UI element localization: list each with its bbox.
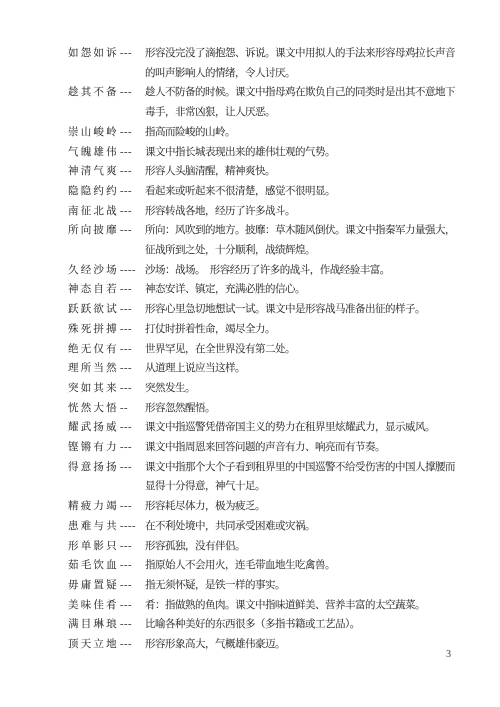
vocab-definition: 形容心里急切地想试一试。课文中是形容战马准备出征的样子。 <box>145 300 457 320</box>
vocab-entry: 精疲力竭 --- 形容耗尽体力，极为疲乏。 <box>68 497 457 517</box>
vocab-entry: 绝无仅有 --- 世界罕见，在全世界没有第二处。 <box>68 340 457 360</box>
vocab-entry: 趁其不备 --- 趁人不防备的时候。课文中指母鸡在欺负自己的同类时是出其不意地下… <box>68 83 457 122</box>
separator-dashes: -- <box>118 399 145 419</box>
vocab-term: 得意扬扬 <box>68 458 118 478</box>
vocab-term: 神态自若 <box>68 280 118 300</box>
vocab-definition: 在不利处境中，共同承受困难或灾祸。 <box>145 517 457 537</box>
separator-dashes: --- <box>118 556 145 576</box>
vocab-entry: 突如其来 --- 突然发生。 <box>68 379 457 399</box>
vocab-entry: 殊死拼搏 --- 打仗时拼着性命，竭尽全力。 <box>68 320 457 340</box>
separator-dashes: --- <box>118 44 145 64</box>
vocab-entry: 铿锵有力 --- 课文中指周恩来回答问题的声音有力、响亮而有节奏。 <box>68 438 457 458</box>
vocab-term: 恍然大悟 <box>68 399 118 419</box>
vocab-definition: 打仗时拼着性命，竭尽全力。 <box>145 320 457 340</box>
vocab-definition: 指高而险峻的山岭。 <box>145 123 457 143</box>
vocab-term: 气魄雄伟 <box>68 143 118 163</box>
vocab-term: 突如其来 <box>68 379 118 399</box>
separator-dashes: --- <box>118 379 145 399</box>
vocab-definition: 形容孤独，没有伴侣。 <box>145 537 457 557</box>
vocab-term: 殊死拼搏 <box>68 320 118 340</box>
vocab-entry: 满目琳琅 --- 比喻各种美好的东西很多（多指书籍或工艺品）。 <box>68 615 457 635</box>
vocab-definition: 课文中指巡警凭借帝国主义的势力在租界里炫耀武力，显示威风。 <box>145 418 457 438</box>
vocab-definition: 形容忽然醒悟。 <box>145 399 457 419</box>
vocab-entry: 耀武扬威 --- 课文中指巡警凭借帝国主义的势力在租界里炫耀武力，显示威风。 <box>68 418 457 438</box>
vocab-term: 耀武扬威 <box>68 418 118 438</box>
vocab-definition: 形容耗尽体力，极为疲乏。 <box>145 497 457 517</box>
vocab-entry: 恍然大悟 -- 形容忽然醒悟。 <box>68 399 457 419</box>
separator-dashes: --- <box>118 83 145 103</box>
separator-dashes: --- <box>118 340 145 360</box>
vocab-term: 趁其不备 <box>68 83 118 103</box>
vocab-term: 所向披靡 <box>68 221 118 241</box>
vocab-term: 毋庸置疑 <box>68 576 118 596</box>
vocab-entry: 得意扬扬 --- 课文中指那个大个子看到租界里的中国巡警不给受伤害的中国人撑腰而… <box>68 458 457 497</box>
separator-dashes: --- <box>118 576 145 596</box>
vocab-definition: 趁人不防备的时候。课文中指母鸡在欺负自己的同类时是出其不意地下毒手，非常凶狠，让… <box>145 83 457 122</box>
vocab-definition: 神态安详、镇定，充满必胜的信心。 <box>145 280 457 300</box>
vocab-term: 美味佳肴 <box>68 596 118 616</box>
separator-dashes: --- <box>118 418 145 438</box>
vocab-term: 患难与共 <box>68 517 118 537</box>
vocab-definition: 课文中指长城表现出来的雄伟壮观的气势。 <box>145 143 457 163</box>
separator-dashes: ---- <box>118 517 145 537</box>
vocab-term: 顶天立地 <box>68 635 118 655</box>
vocab-definition: 指原始人不会用火，连毛带血地生吃禽兽。 <box>145 556 457 576</box>
page-number: 3 <box>446 649 451 660</box>
separator-dashes: --- <box>118 359 145 379</box>
vocabulary-list: 如怨如诉 --- 形容没完没了滴抱怨、诉说。课文中用拟人的手法来形容母鸡拉长声音… <box>68 44 457 655</box>
separator-dashes: --- <box>118 596 145 616</box>
vocab-definition: 形容形象高大，气概雄伟豪迈。 <box>145 635 457 655</box>
vocab-definition: 从道理上说应当这样。 <box>145 359 457 379</box>
vocab-entry: 隐隐约约 --- 看起来或听起来不很清楚，感觉不很明显。 <box>68 182 457 202</box>
vocab-entry: 茹毛饮血 --- 指原始人不会用火，连毛带血地生吃禽兽。 <box>68 556 457 576</box>
vocab-definition: 课文中指那个大个子看到租界里的中国巡警不给受伤害的中国人撑腰而显得十分得意，神气… <box>145 458 457 497</box>
vocab-entry: 神态自若 --- 神态安详、镇定，充满必胜的信心。 <box>68 280 457 300</box>
separator-dashes: --- <box>118 615 145 635</box>
separator-dashes: --- <box>118 300 145 320</box>
vocab-entry: 顶天立地 --- 形容形象高大，气概雄伟豪迈。 <box>68 635 457 655</box>
vocab-entry: 久经沙场 ---- 沙场：战场。 形容经历了许多的战斗，作战经验丰富。 <box>68 261 457 281</box>
vocab-definition: 课文中指周恩来回答问题的声音有力、响亮而有节奏。 <box>145 438 457 458</box>
vocab-term: 满目琳琅 <box>68 615 118 635</box>
separator-dashes: --- <box>118 202 145 222</box>
vocab-term: 如怨如诉 <box>68 44 118 64</box>
vocab-term: 铿锵有力 <box>68 438 118 458</box>
document-page: 如怨如诉 --- 形容没完没了滴抱怨、诉说。课文中用拟人的手法来形容母鸡拉长声音… <box>0 0 500 707</box>
vocab-entry: 南征北战 --- 形容转战各地，经历了许多战斗。 <box>68 202 457 222</box>
vocab-entry: 所向披靡 --- 所向：风吹到的地方。披靡：草木随风倒伏。课文中指秦军力量强大，… <box>68 221 457 260</box>
vocab-definition: 指无须怀疑，是铁一样的事实。 <box>145 576 457 596</box>
vocab-definition: 看起来或听起来不很清楚，感觉不很明显。 <box>145 182 457 202</box>
vocab-entry: 如怨如诉 --- 形容没完没了滴抱怨、诉说。课文中用拟人的手法来形容母鸡拉长声音… <box>68 44 457 83</box>
separator-dashes: --- <box>118 537 145 557</box>
vocab-definition: 所向：风吹到的地方。披靡：草木随风倒伏。课文中指秦军力量强大，征战所到之处，十分… <box>145 221 457 260</box>
separator-dashes: --- <box>118 123 145 143</box>
vocab-entry: 理所当然 --- 从道理上说应当这样。 <box>68 359 457 379</box>
vocab-definition: 形容没完没了滴抱怨、诉说。课文中用拟人的手法来形容母鸡拉长声音的叫声影响人的情绪… <box>145 44 457 83</box>
separator-dashes: --- <box>118 221 145 241</box>
vocab-entry: 崇山峻岭 --- 指高而险峻的山岭。 <box>68 123 457 143</box>
separator-dashes: --- <box>118 320 145 340</box>
vocab-definition: 沙场：战场。 形容经历了许多的战斗，作战经验丰富。 <box>145 261 457 281</box>
vocab-entry: 形单影只 --- 形容孤独，没有伴侣。 <box>68 537 457 557</box>
separator-dashes: --- <box>118 438 145 458</box>
vocab-term: 形单影只 <box>68 537 118 557</box>
separator-dashes: --- <box>118 458 145 478</box>
vocab-term: 隐隐约约 <box>68 182 118 202</box>
vocab-definition: 突然发生。 <box>145 379 457 399</box>
vocab-definition: 比喻各种美好的东西很多（多指书籍或工艺品）。 <box>145 615 457 635</box>
separator-dashes: --- <box>118 497 145 517</box>
vocab-definition: 形容人头脑清醒，精神爽快。 <box>145 162 457 182</box>
vocab-term: 神清气爽 <box>68 162 118 182</box>
vocab-term: 理所当然 <box>68 359 118 379</box>
vocab-definition: 世界罕见，在全世界没有第二处。 <box>145 340 457 360</box>
vocab-entry: 美味佳肴 --- 肴：指做熟的鱼肉。课文中指味道鲜美、营养丰富的太空蔬菜。 <box>68 596 457 616</box>
vocab-entry: 气魄雄伟 --- 课文中指长城表现出来的雄伟壮观的气势。 <box>68 143 457 163</box>
vocab-term: 崇山峻岭 <box>68 123 118 143</box>
vocab-definition: 形容转战各地，经历了许多战斗。 <box>145 202 457 222</box>
separator-dashes: --- <box>118 635 145 655</box>
vocab-term: 茹毛饮血 <box>68 556 118 576</box>
vocab-term: 跃跃欲试 <box>68 300 118 320</box>
separator-dashes: --- <box>118 280 145 300</box>
vocab-entry: 患难与共 ---- 在不利处境中，共同承受困难或灾祸。 <box>68 517 457 537</box>
separator-dashes: --- <box>118 143 145 163</box>
vocab-term: 绝无仅有 <box>68 340 118 360</box>
separator-dashes: --- <box>118 162 145 182</box>
vocab-term: 精疲力竭 <box>68 497 118 517</box>
vocab-entry: 毋庸置疑 --- 指无须怀疑，是铁一样的事实。 <box>68 576 457 596</box>
vocab-entry: 神清气爽 --- 形容人头脑清醒，精神爽快。 <box>68 162 457 182</box>
vocab-term: 南征北战 <box>68 202 118 222</box>
separator-dashes: --- <box>118 182 145 202</box>
vocab-definition: 肴：指做熟的鱼肉。课文中指味道鲜美、营养丰富的太空蔬菜。 <box>145 596 457 616</box>
vocab-entry: 跃跃欲试 --- 形容心里急切地想试一试。课文中是形容战马准备出征的样子。 <box>68 300 457 320</box>
vocab-term: 久经沙场 <box>68 261 118 281</box>
separator-dashes: ---- <box>118 261 145 281</box>
